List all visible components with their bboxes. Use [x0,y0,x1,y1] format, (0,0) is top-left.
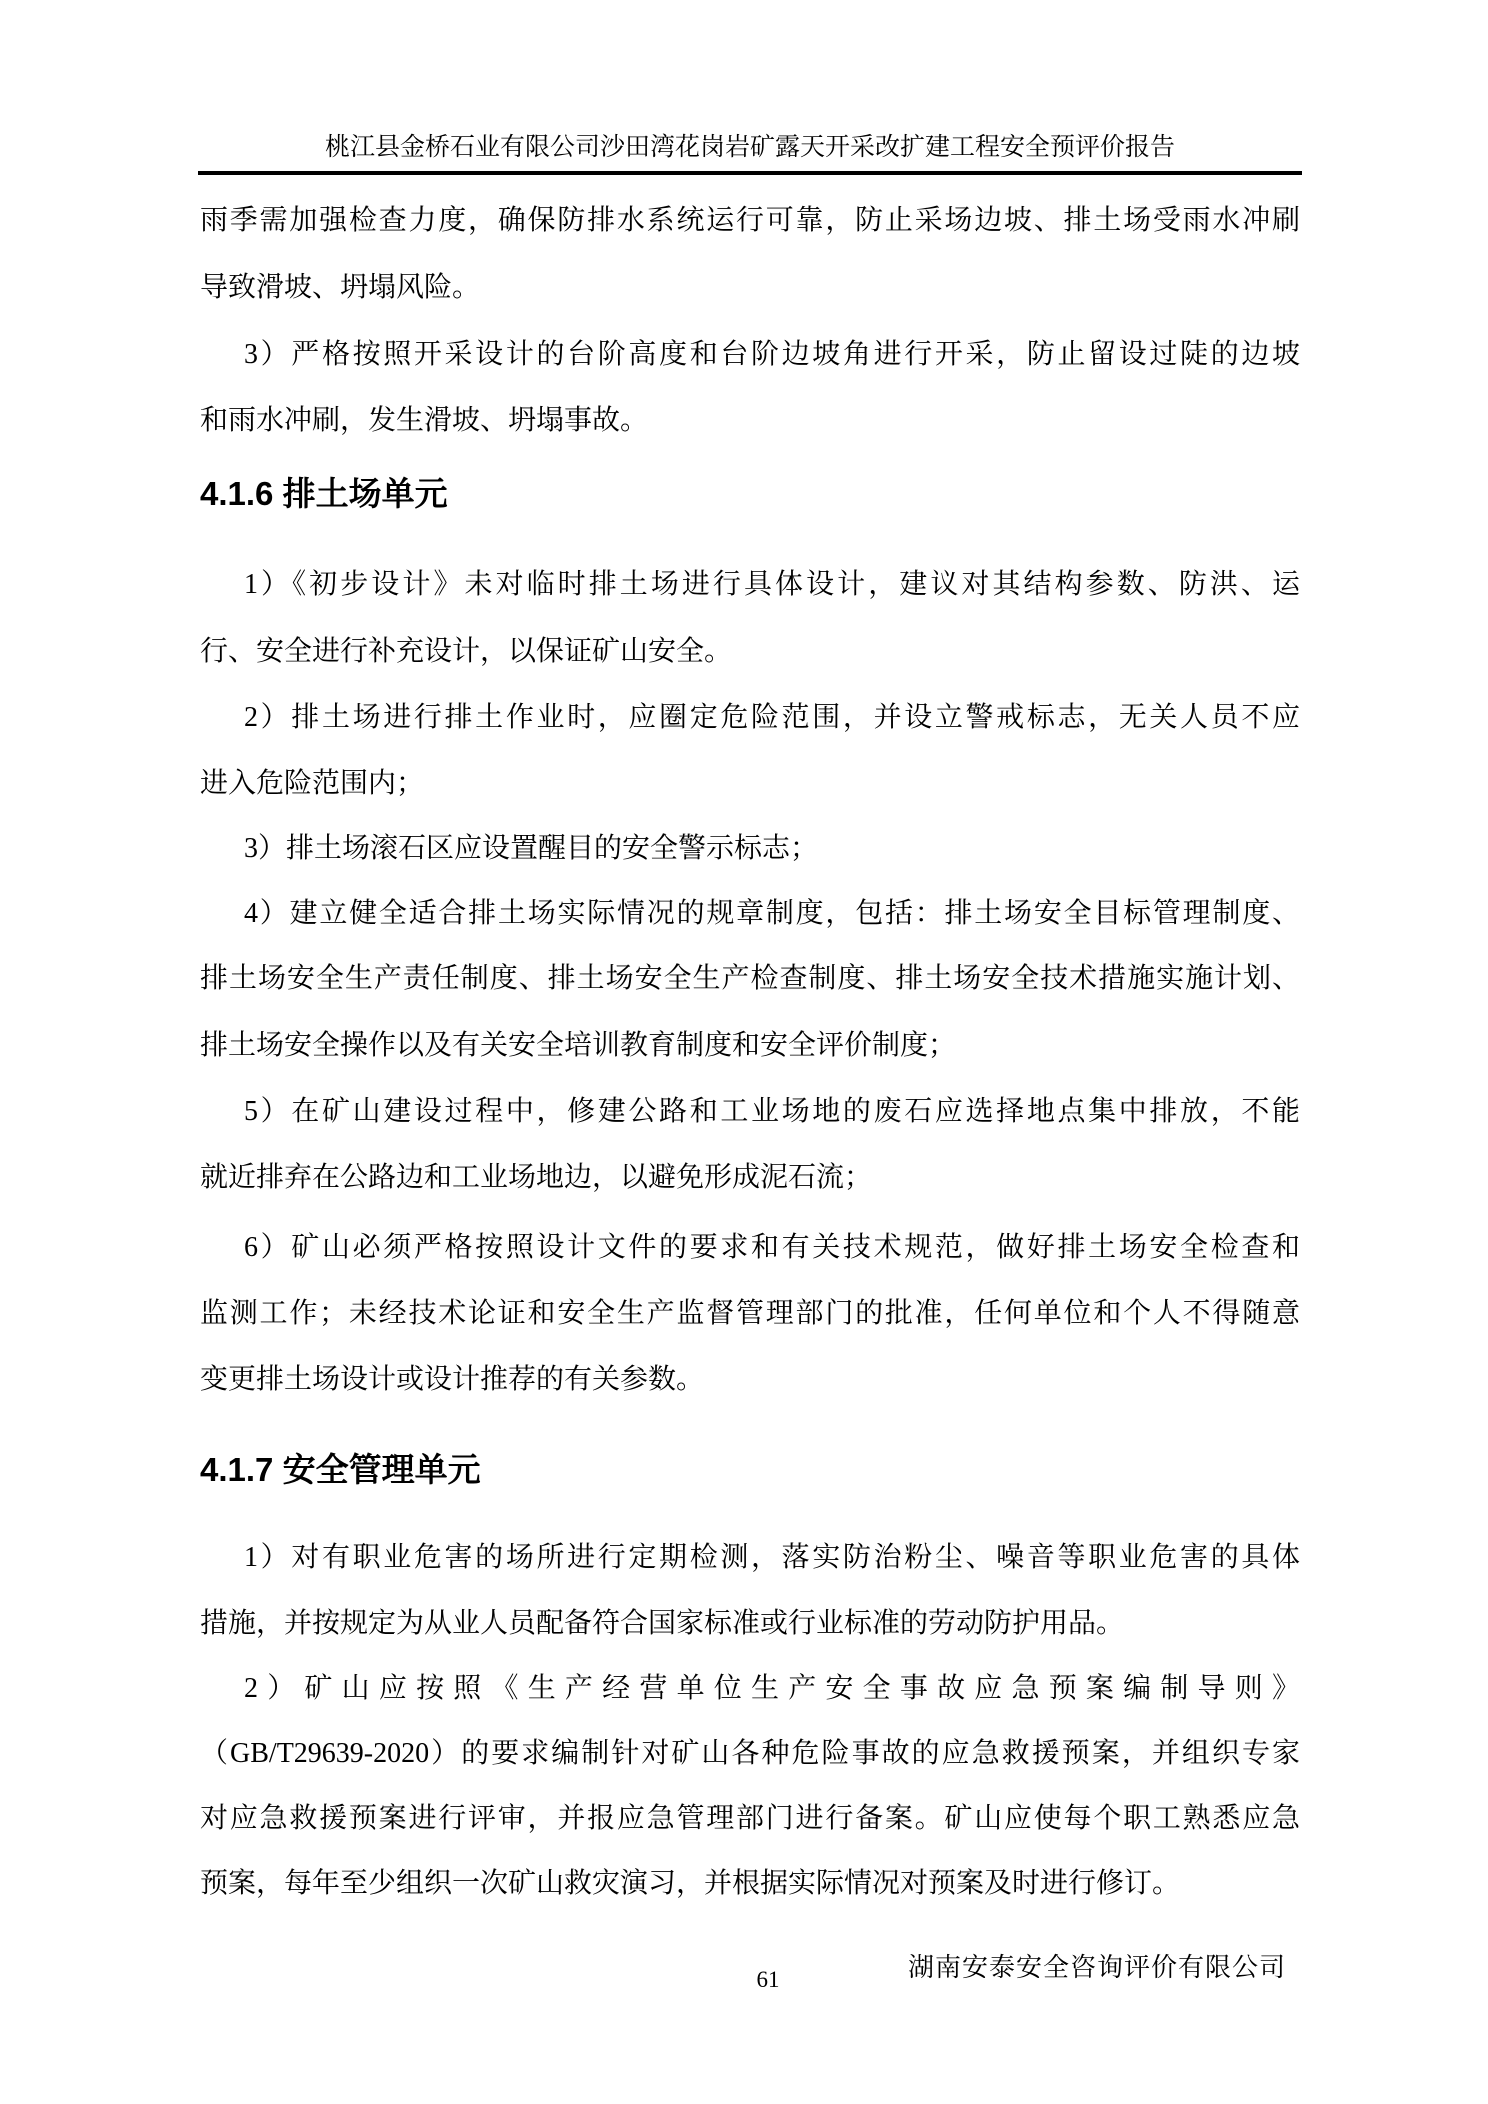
body-line: 监测工作；未经技术论证和安全生产监督管理部门的批准，任何单位和个人不得随意 [200,1296,1300,1332]
body-line: 4）建立健全适合排土场实际情况的规章制度，包括：排土场安全目标管理制度、 [200,896,1300,932]
section-heading-4-1-7: 4.1.7 安全管理单元 [200,1449,1300,1491]
body-line: 3）严格按照开采设计的台阶高度和台阶边坡角进行开采，防止留设过陡的边坡 [200,337,1300,373]
body-line: 1）对有职业危害的场所进行定期检测，落实防治粉尘、噪音等职业危害的具体 [200,1540,1300,1576]
section-heading-4-1-6: 4.1.6 排土场单元 [200,473,1300,515]
body-line: 6）矿山必须严格按照设计文件的要求和有关技术规范，做好排土场安全检查和 [200,1230,1300,1266]
body-line: 预案，每年至少组织一次矿山救灾演习，并根据实际情况对预案及时进行修订。 [200,1866,1300,1902]
body-line: 和雨水冲刷，发生滑坡、坍塌事故。 [200,403,1300,439]
body-line: 排土场安全生产责任制度、排土场安全生产检查制度、排土场安全技术措施实施计划、 [200,961,1300,997]
body-line: 进入危险范围内； [200,766,1300,802]
body-line: 措施，并按规定为从业人员配备符合国家标准或行业标准的劳动防护用品。 [200,1606,1300,1642]
document-page: 桃江县金桥石业有限公司沙田湾花岗岩矿露天开采改扩建工程安全预评价报告 雨季需加强… [0,0,1488,2104]
body-line: 导致滑坡、坍塌风险。 [200,270,1300,306]
body-line: 就近排弃在公路边和工业场地边，以避免形成泥石流； [200,1160,1300,1196]
body-line: 对应急救援预案进行评审，并报应急管理部门进行备案。矿山应使每个职工熟悉应急 [200,1801,1300,1837]
body-line: 3）排土场滚石区应设置醒目的安全警示标志； [200,831,1300,867]
body-line: 5）在矿山建设过程中，修建公路和工业场地的废石应选择地点集中排放，不能 [200,1094,1300,1130]
footer-company-name: 湖南安泰安全咨询评价有限公司 [908,1952,1286,1984]
page-number: 61 [700,1966,836,1994]
body-line: （GB/T29639-2020）的要求编制针对矿山各种危险事故的应急救援预案，并… [200,1736,1300,1772]
body-line: 2）排土场进行排土作业时，应圈定危险范围，并设立警戒标志，无关人员不应 [200,700,1300,736]
body-line: 2）矿山应按照《生产经营单位生产安全事故应急预案编制导则》 [200,1671,1300,1707]
header-rule [198,171,1302,175]
body-line: 雨季需加强检查力度，确保防排水系统运行可靠，防止采场边坡、排土场受雨水冲刷 [200,203,1300,239]
body-line: 1）《初步设计》未对临时排土场进行具体设计，建议对其结构参数、防洪、运 [200,567,1300,603]
body-line: 行、安全进行补充设计，以保证矿山安全。 [200,634,1300,670]
body-line: 排土场安全操作以及有关安全培训教育制度和安全评价制度； [200,1028,1300,1064]
page-header-title: 桃江县金桥石业有限公司沙田湾花岗岩矿露天开采改扩建工程安全预评价报告 [200,133,1300,163]
body-line: 变更排土场设计或设计推荐的有关参数。 [200,1362,1300,1398]
